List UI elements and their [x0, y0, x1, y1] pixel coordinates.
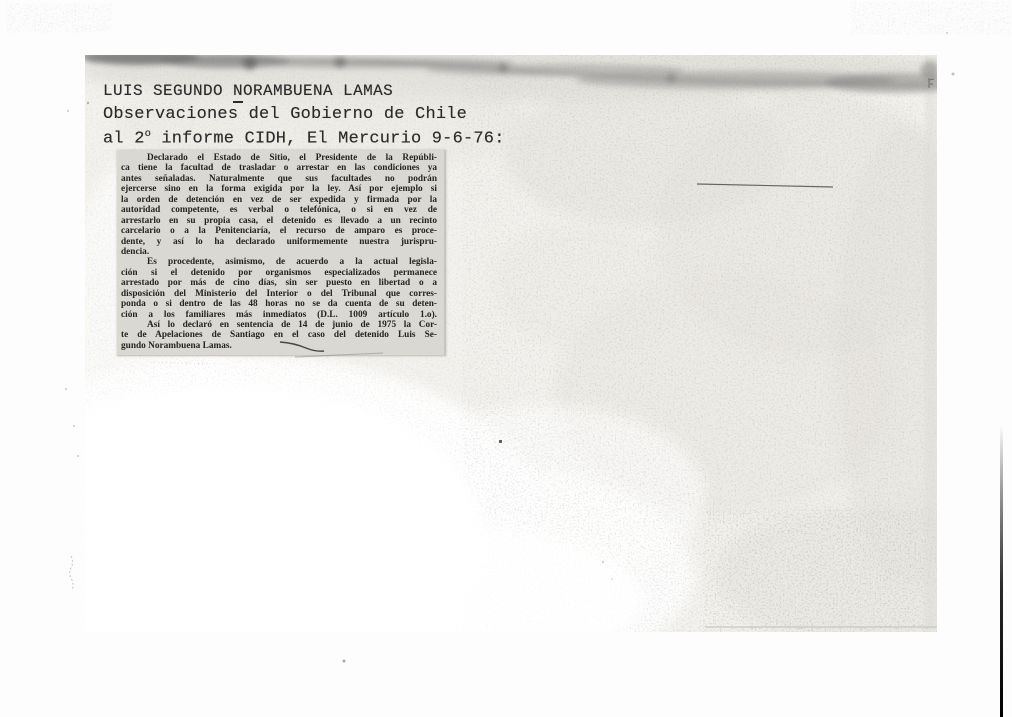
header-line-3: al 2o informe CIDH, El Mercurio 9-6-76:: [103, 125, 505, 149]
detainee-name-underlined-letter: N: [233, 82, 243, 103]
clipping-line: gundo Norambuena Lamas.: [121, 341, 437, 351]
clipping-line: Declarado el Estado de Sitio, el Preside…: [121, 153, 437, 163]
top-left-speckle-cluster: [12, 5, 107, 31]
clipping-line: arrestarlo en su propia casa, el detenid…: [121, 216, 437, 226]
clipping-line: ción a los familiares más inmediatos (D.…: [121, 310, 437, 320]
clipping-line-text: te de Apelaciones de: [121, 330, 230, 340]
clipping-line: disposición del Ministerio del Interior …: [121, 289, 437, 299]
speck: [343, 660, 346, 663]
header-line-3-post: informe CIDH, El Mercurio 9-6-76:: [151, 129, 505, 148]
typed-header: LUIS SEGUNDO NORAMBUENA LAMAS Observacio…: [103, 81, 505, 149]
edge-squiggle: [70, 556, 73, 591]
santiago-underlined-word: Santiago: [230, 330, 265, 340]
detainee-name-post: ORAMBUENA LAMAS: [243, 82, 393, 100]
scanned-page: LUIS SEGUNDO NORAMBUENA LAMAS Observacio…: [0, 0, 1012, 717]
clipping-line: ca tiene la facultad de trasladar o arre…: [121, 163, 437, 173]
clipping-line: Es procedente, asimismo, de acuerdo a la…: [121, 257, 437, 267]
clipping-line: antes señaladas. Naturalmente que sus fa…: [121, 174, 437, 184]
clipping-line: carcelario o a la Penitenciaría, el recu…: [121, 226, 437, 236]
header-line-3-pre: al 2: [103, 129, 145, 148]
clipping-line-text: en el caso del detenido Luis Se-: [265, 330, 437, 340]
clipping-line: ción si el detenido por organismos espec…: [121, 268, 437, 278]
clipping-line: dente, y así lo ha declarado uniformemen…: [121, 237, 437, 247]
lamas-underlined-word: Lamas.: [203, 341, 232, 351]
speck: [946, 32, 948, 34]
clipping-line: arrestado por más de cino días, sin ser …: [121, 278, 437, 288]
clipping-line: la orden de detención en vez de ser expe…: [121, 195, 437, 205]
detainee-name: LUIS SEGUNDO NORAMBUENA LAMAS: [103, 81, 505, 101]
speck: [77, 455, 79, 457]
speck: [65, 388, 67, 390]
newspaper-clipping: Declarado el Estado de Sitio, el Preside…: [117, 150, 446, 356]
speck: [952, 73, 955, 76]
speck: [67, 110, 69, 112]
detainee-name-pre: LUIS SEGUNDO: [103, 82, 233, 100]
header-line-2: Observaciones del Gobierno de Chile: [103, 106, 505, 125]
clipping-line: ponda o si dentro de las 48 horas no se …: [121, 299, 437, 309]
speck: [73, 425, 75, 427]
clipping-line: te de Apelaciones de Santiago en el caso…: [121, 330, 437, 340]
clipping-paragraph-2: Es procedente, asimismo, de acuerdo a la…: [121, 257, 437, 320]
scan-artifact-vertical-line: [1000, 425, 1003, 717]
clipping-line-text: gundo Norambuena: [121, 341, 203, 351]
clipping-paragraph-3: Así lo declaró en sentencia de 14 de jun…: [121, 320, 437, 351]
clipping-line: ejercerse sino en la forma exigida por l…: [121, 184, 437, 194]
clipping-line: dencia.: [121, 247, 437, 257]
clipping-line: autoridad competente, es verbal o telefó…: [121, 205, 437, 215]
top-right-speckle-cluster: [858, 3, 1003, 33]
clipping-paragraph-1: Declarado el Estado de Sitio, el Preside…: [121, 153, 437, 257]
clipping-line: Así lo declaró en sentencia de 14 de jun…: [121, 320, 437, 330]
